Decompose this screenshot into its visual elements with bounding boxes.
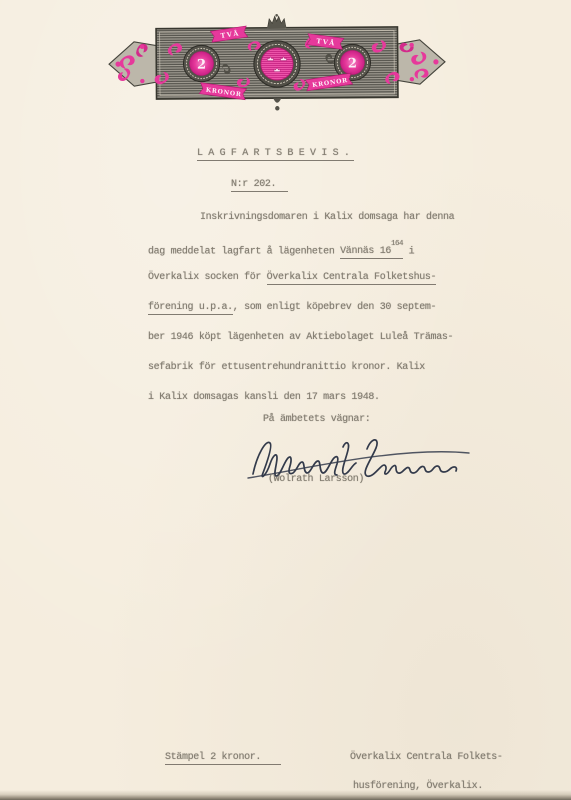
revenue-stamp-art: 2 2 (106, 10, 449, 116)
body-line-3-pre: Överkalix socken för (148, 272, 267, 283)
on-behalf-of-line: På ämbetets vägnar: (263, 414, 370, 425)
document-number: N:r 202. (231, 179, 288, 192)
association-name-part1: Överkalix Centrala Folketshus- (267, 272, 437, 285)
typed-signature-name: (Wolrath Larsson) (268, 474, 364, 485)
body-line-6-text: sefabrik för ettusentrehundranittio kron… (148, 362, 425, 373)
stamp-pendant (273, 98, 281, 103)
body-line-4-post: , som enligt köpebrev den 30 septem- (233, 302, 436, 313)
body-line-2-pre: dag meddelat lagfart å lägenheten (148, 246, 340, 257)
crown-icon (268, 16, 286, 27)
stamp-denomination-right: 2 (348, 56, 357, 71)
body-line-6: sefabrik för ettusentrehundranittio kron… (148, 353, 478, 383)
body-line-3: Överkalix socken för Överkalix Centrala … (148, 263, 478, 293)
revenue-stamp: 2 2 (106, 10, 449, 116)
property-number-sup: 164 (391, 240, 403, 248)
body-line-5: ber 1946 köpt lägenheten av Aktiebolaget… (148, 323, 478, 353)
stamp-left-end-ornament (109, 42, 158, 87)
property-designation: Vännäs 16164 (340, 246, 403, 259)
stamp-denomination-left: 2 (197, 58, 206, 73)
body-line-7: i Kalix domsagas kansli den 17 mars 1948… (148, 383, 478, 413)
footer-stamp-note: Stämpel 2 kronor. (165, 752, 281, 765)
scanned-document-page: 2 2 (0, 0, 571, 800)
property-name: Vännäs 16 (340, 246, 391, 257)
document-body: Inskrivningsdomaren i Kalix domsaga har … (148, 203, 478, 413)
crown-orb-icon (275, 14, 278, 17)
body-line-2: dag meddelat lagfart å lägenheten Vännäs… (148, 233, 478, 263)
document-title: L A G F A R T S B E V I S . (197, 148, 354, 161)
stamp-right-end-ornament (397, 39, 446, 85)
footer-recipient-line1: Överkalix Centrala Folkets- (350, 752, 503, 763)
scan-paper-edge (0, 790, 571, 800)
body-line-1-text: Inskrivningsdomaren i Kalix domsaga har … (200, 212, 454, 223)
body-line-4: förening u.p.a., som enligt köpebrev den… (148, 293, 478, 323)
body-line-7-text: i Kalix domsagas kansli den 17 mars 1948… (148, 392, 380, 403)
body-line-1: Inskrivningsdomaren i Kalix domsaga har … (148, 203, 478, 233)
body-line-5-text: ber 1946 köpt lägenheten av Aktiebolaget… (148, 332, 453, 343)
association-name-part2: förening u.p.a. (148, 302, 233, 315)
body-line-2-post: i (403, 246, 414, 257)
